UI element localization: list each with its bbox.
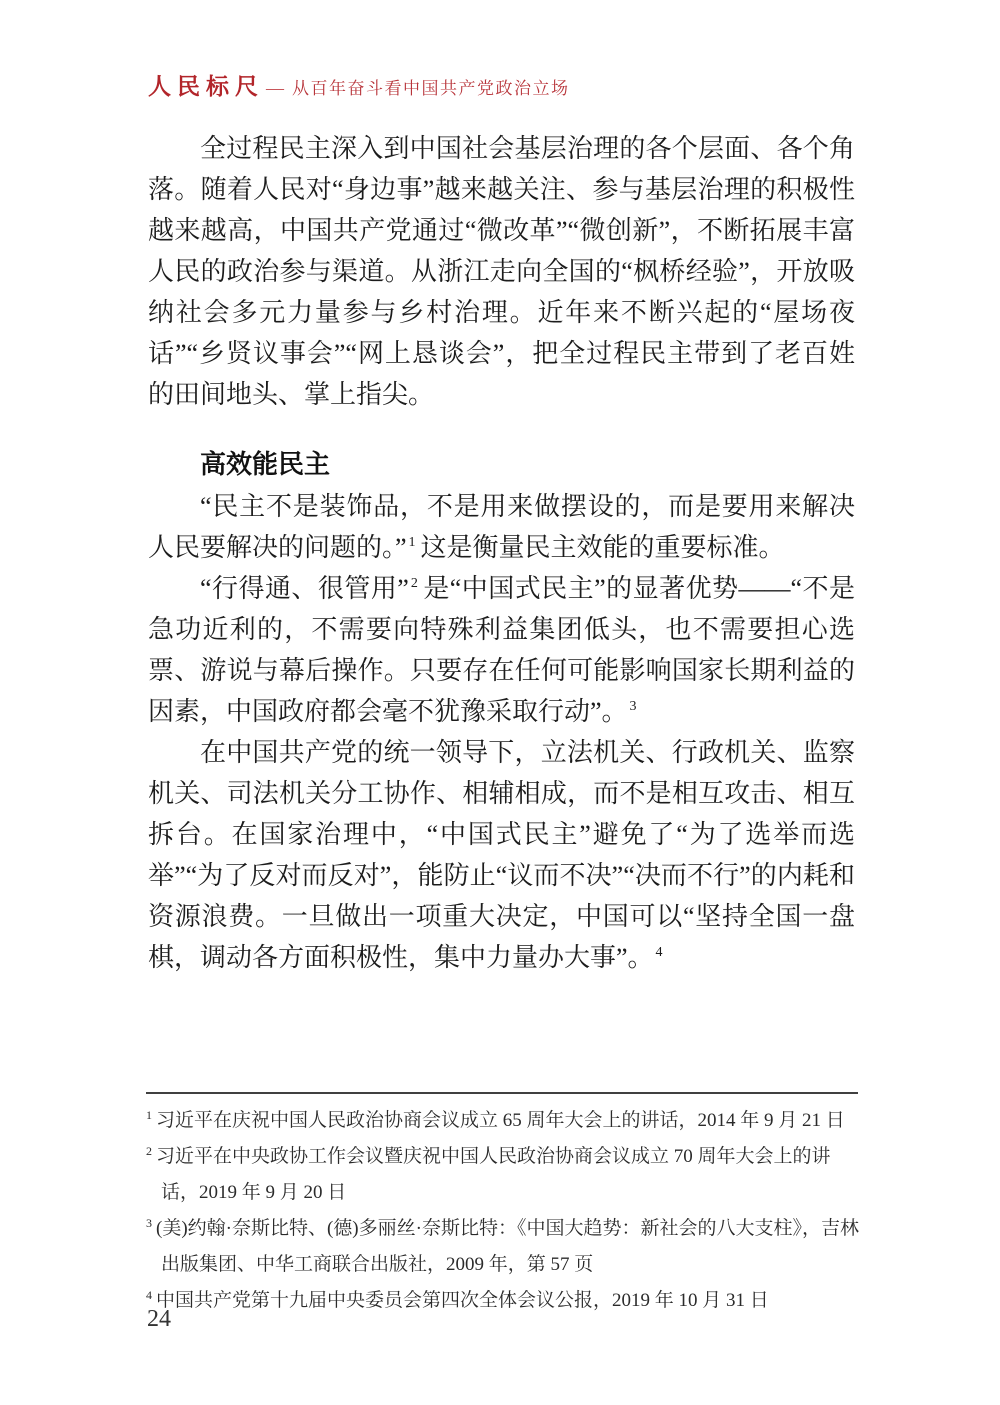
footnote-marker: 4 <box>146 1288 152 1302</box>
text-run: 全过程民主深入到中国社会基层治理的各个层面、各个角落。随着人民对“身边事”越来越… <box>148 134 855 409</box>
footnote-ref: 1 <box>409 535 416 550</box>
book-title: 人民标尺 <box>148 74 264 99</box>
body-paragraph: 在中国共产党的统一领导下，立法机关、行政机关、监察机关、司法机关分工协作、相辅相… <box>148 732 855 978</box>
footnote-ref: 3 <box>630 699 637 714</box>
body-paragraph: 全过程民主深入到中国社会基层治理的各个层面、各个角落。随着人民对“身边事”越来越… <box>148 128 855 415</box>
footnote-item: 2习近平在中央政协工作会议暨庆祝中国人民政治协商会议成立 70 周年大会上的讲话… <box>146 1139 864 1211</box>
footnote-text: (美)约翰·奈斯比特、(德)多丽丝·奈斯比特：《中国大趋势：新社会的八大支柱》，… <box>156 1218 859 1275</box>
footnote-marker: 3 <box>146 1216 152 1230</box>
footnote-text: 习近平在庆祝中国人民政治协商会议成立 65 周年大会上的讲话，2014 年 9 … <box>156 1110 845 1131</box>
text-run: “行得通、很管用” <box>200 574 409 603</box>
body-paragraph: “行得通、很管用”2是“中国式民主”的显著优势——“不是急功近利的，不需要向特殊… <box>148 568 855 732</box>
footnote-marker: 1 <box>146 1108 152 1122</box>
footnote-marker: 2 <box>146 1144 152 1158</box>
footnote-item: 4中国共产党第十九届中央委员会第四次全体会议公报，2019 年 10 月 31 … <box>146 1283 864 1319</box>
text-run: 这是衡量民主效能的重要标准。 <box>421 533 785 562</box>
footnote-ref: 4 <box>656 945 663 960</box>
footnote-text: 中国共产党第十九届中央委员会第四次全体会议公报，2019 年 10 月 31 日 <box>156 1290 769 1311</box>
footnotes: 1习近平在庆祝中国人民政治协商会议成立 65 周年大会上的讲话，2014 年 9… <box>146 1103 864 1319</box>
body-text: 全过程民主深入到中国社会基层治理的各个层面、各个角落。随着人民对“身边事”越来越… <box>148 128 855 978</box>
header-dash: — <box>266 78 284 98</box>
footnote-divider <box>146 1092 858 1094</box>
footnote-item: 3(美)约翰·奈斯比特、(德)多丽丝·奈斯比特：《中国大趋势：新社会的八大支柱》… <box>146 1211 864 1283</box>
book-page: 人民标尺—从百年奋斗看中国共产党政治立场 全过程民主深入到中国社会基层治理的各个… <box>0 0 1000 1405</box>
page-number: 24 <box>147 1306 171 1333</box>
section-heading: 高效能民主 <box>148 444 855 485</box>
running-header: 人民标尺—从百年奋斗看中国共产党政治立场 <box>148 68 570 101</box>
footnote-ref: 2 <box>411 576 418 591</box>
body-paragraph: “民主不是装饰品，不是用来做摆设的，而是要用来解决人民要解决的问题的。”1这是衡… <box>148 486 855 568</box>
text-run: 在中国共产党的统一领导下，立法机关、行政机关、监察机关、司法机关分工协作、相辅相… <box>148 738 855 972</box>
chapter-subtitle: 从百年奋斗看中国共产党政治立场 <box>292 79 570 98</box>
footnote-text: 习近平在中央政协工作会议暨庆祝中国人民政治协商会议成立 70 周年大会上的讲话，… <box>156 1146 831 1203</box>
footnote-item: 1习近平在庆祝中国人民政治协商会议成立 65 周年大会上的讲话，2014 年 9… <box>146 1103 864 1139</box>
